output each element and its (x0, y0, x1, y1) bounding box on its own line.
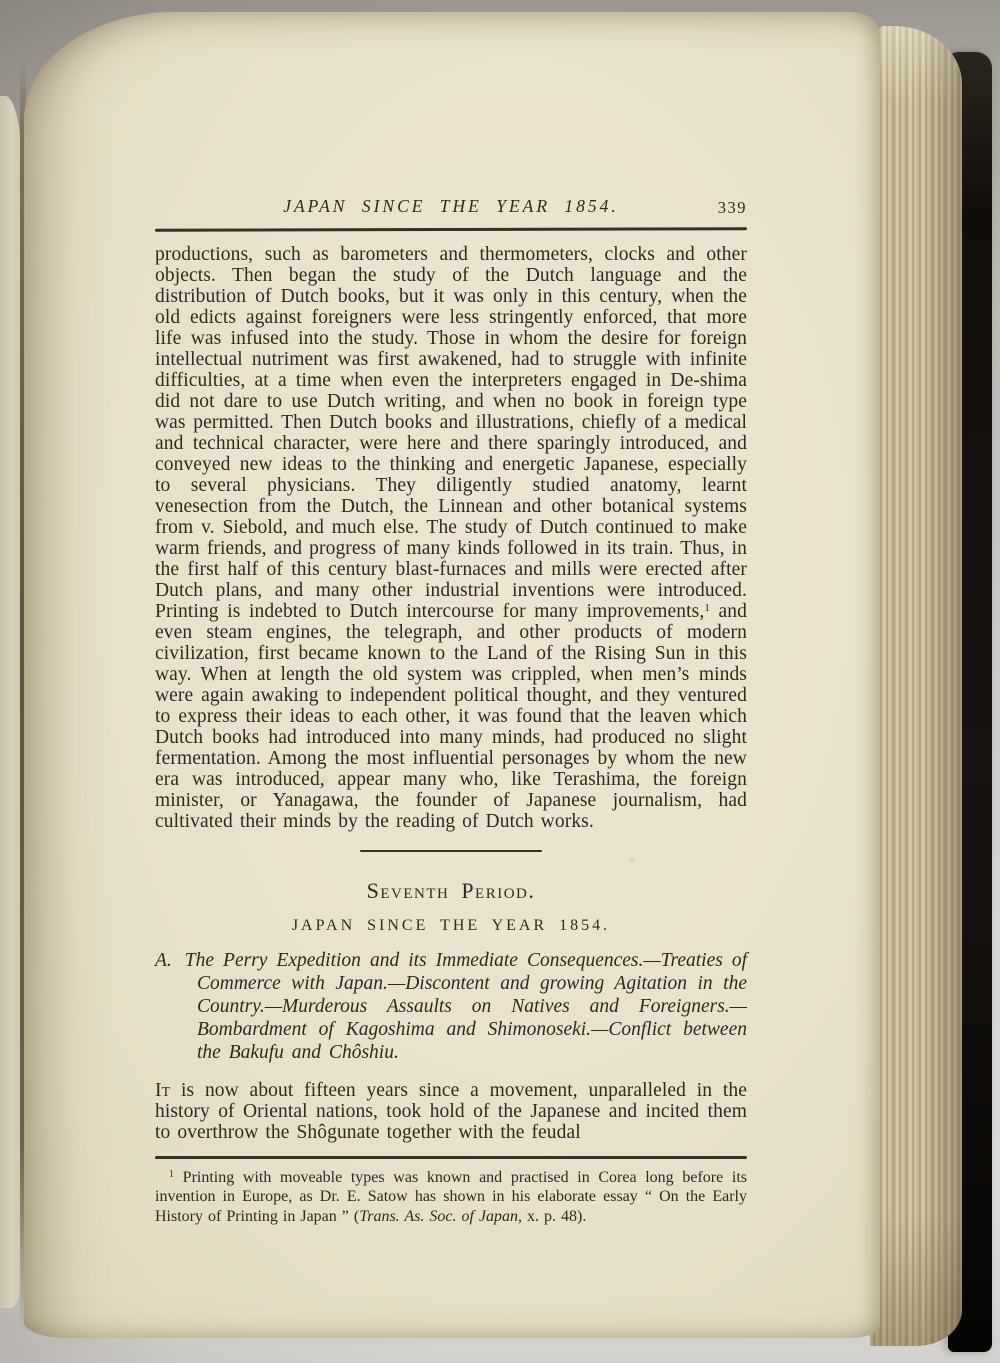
footnote-rule (155, 1156, 747, 1158)
running-head: JAPAN SINCE THE YEAR 1854. 339 (155, 196, 747, 220)
footnote: 1 Printing with moveable types was known… (155, 1168, 747, 1227)
header-rule (155, 227, 747, 231)
body-paragraph: productions, such as barometers and ther… (155, 244, 747, 832)
opening-text: is now about fifteen years since a movem… (155, 1080, 747, 1143)
page-edge-stack (870, 26, 962, 1346)
period-heading: Seventh Period. (155, 878, 747, 904)
page-text-area: JAPAN SINCE THE YEAR 1854. 339 productio… (155, 196, 747, 1226)
body-text-before-note: productions, such as barometers and ther… (155, 244, 747, 622)
page-number: 339 (718, 198, 747, 218)
book-page: JAPAN SINCE THE YEAR 1854. 339 productio… (24, 12, 880, 1338)
footnote-text-end: , x. p. 48). (518, 1208, 586, 1225)
footnote-work-title: Trans. As. Soc. of Japan (359, 1208, 518, 1225)
opening-paragraph: It is now about fifteen years since a mo… (155, 1080, 747, 1143)
running-head-title: JAPAN SINCE THE YEAR 1854. (155, 196, 747, 217)
previous-page-edge (0, 96, 21, 1308)
body-text-after-note: and even steam engines, the telegraph, a… (155, 601, 747, 832)
section-divider-rule (360, 850, 542, 853)
opening-lead: It (155, 1080, 170, 1101)
synopsis-label: A. (155, 950, 172, 971)
photo-background: JAPAN SINCE THE YEAR 1854. 339 productio… (0, 0, 1000, 1363)
section-synopsis: A.The Perry Expedition and its Immediate… (155, 949, 747, 1064)
synopsis-text: The Perry Expedition and its Immediate C… (185, 950, 747, 1063)
chapter-heading: JAPAN SINCE THE YEAR 1854. (155, 917, 747, 935)
